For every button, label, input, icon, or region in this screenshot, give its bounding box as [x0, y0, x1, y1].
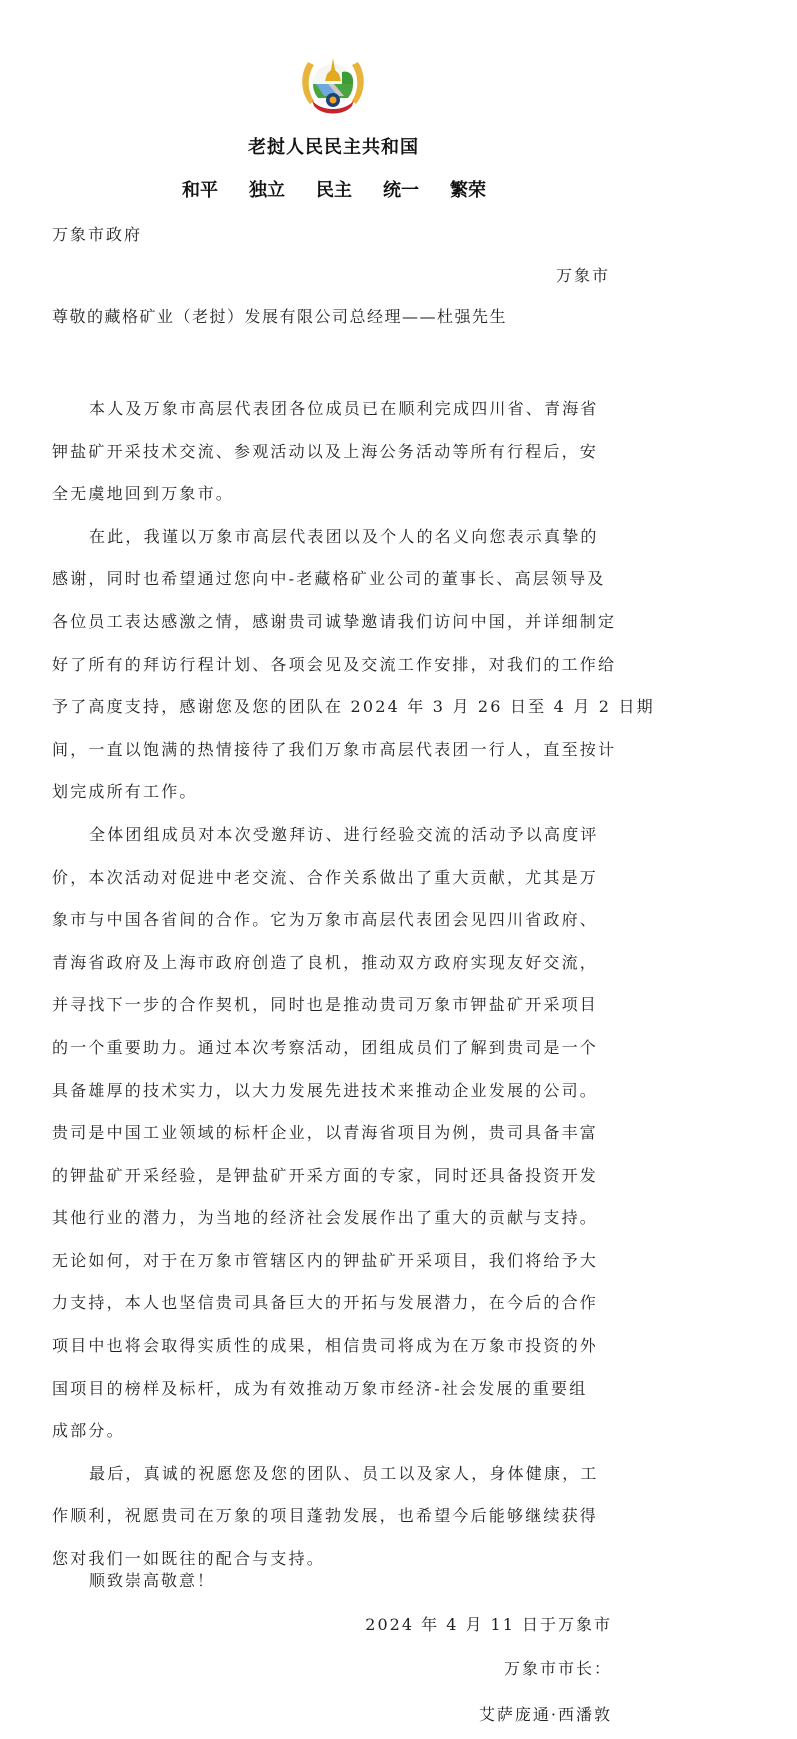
body-line: 各位员工表达感激之情，感谢贵司诚挚邀请我们访问中国，并详细制定	[52, 601, 622, 644]
body-line: 全体团组成员对本次受邀拜访、进行经验交流的活动予以高度评	[52, 814, 622, 857]
sender-location: 万象市	[556, 263, 610, 286]
body-line: 力支持，本人也坚信贵司具备巨大的开拓与发展潜力，在今后的合作	[52, 1282, 622, 1325]
body-line: 钾盐矿开采技术交流、参观活动以及上海公务活动等所有行程后，安	[52, 431, 622, 474]
body-line: 好了所有的拜访行程计划、各项会见及交流工作安排，对我们的工作给	[52, 644, 622, 687]
sender-organization: 万象市政府	[52, 222, 142, 245]
signatory-title: 万象市市长：	[504, 1656, 612, 1679]
motto-word-independence: 独立	[249, 176, 316, 202]
body-line: 间，一直以饱满的热情接待了我们万象市高层代表团一行人，直至按计	[52, 729, 622, 772]
signatory-name: 艾萨庞通·西潘敦	[479, 1702, 612, 1725]
body-line: 价，本次活动对促进中老交流、合作关系做出了重大贡献，尤其是万	[52, 857, 622, 900]
body-line: 全无虞地回到万象市。	[52, 473, 622, 516]
national-motto: 和平 独立 民主 统一 繁荣	[182, 176, 517, 202]
country-name: 老挝人民民主共和国	[0, 133, 667, 159]
body-line: 成部分。	[52, 1410, 622, 1453]
motto-word-democracy: 民主	[316, 176, 383, 202]
body-line: 予了高度支持，感谢您及您的团队在 2024 年 3 月 26 日至 4 月 2 …	[52, 686, 622, 729]
motto-word-prosperity: 繁荣	[450, 176, 517, 202]
closing-remark: 顺致崇高敬意！	[89, 1568, 215, 1591]
motto-word-unity: 统一	[383, 176, 450, 202]
body-line: 划完成所有工作。	[52, 771, 622, 814]
body-line: 最后，真诚的祝愿您及您的团队、员工以及家人，身体健康，工	[52, 1453, 622, 1496]
letter-body: 本人及万象市高层代表团各位成员已在顺利完成四川省、青海省钾盐矿开采技术交流、参观…	[52, 388, 622, 1581]
signature-date-place: 2024 年 4 月 11 日于万象市	[365, 1612, 612, 1635]
body-line: 象市与中国各省间的合作。它为万象市高层代表团会见四川省政府、	[52, 899, 622, 942]
body-line: 在此，我谨以万象市高层代表团以及个人的名义向您表示真挚的	[52, 516, 622, 559]
salutation: 尊敬的藏格矿业（老挝）发展有限公司总经理——杜强先生	[52, 304, 507, 327]
body-line: 并寻找下一步的合作契机，同时也是推动贵司万象市钾盐矿开采项目	[52, 984, 622, 1027]
body-line: 项目中也将会取得实质性的成果，相信贵司将成为在万象市投资的外	[52, 1325, 622, 1368]
body-line: 国项目的榜样及标杆，成为有效推动万象市经济-社会发展的重要组	[52, 1368, 622, 1411]
body-line: 其他行业的潜力，为当地的经济社会发展作出了重大的贡献与支持。	[52, 1197, 622, 1240]
body-line: 的钾盐矿开采经验，是钾盐矿开采方面的专家，同时还具备投资开发	[52, 1155, 622, 1198]
body-line: 无论如何，对于在万象市管辖区内的钾盐矿开采项目，我们将给予大	[52, 1240, 622, 1283]
body-line: 感谢，同时也希望通过您向中-老藏格矿业公司的董事长、高层领导及	[52, 558, 622, 601]
body-line: 本人及万象市高层代表团各位成员已在顺利完成四川省、青海省	[52, 388, 622, 431]
lao-national-emblem-icon	[298, 48, 368, 118]
motto-word-peace: 和平	[182, 176, 249, 202]
body-line: 具备雄厚的技术实力，以大力发展先进技术来推动企业发展的公司。	[52, 1070, 622, 1113]
body-line: 青海省政府及上海市政府创造了良机，推动双方政府实现友好交流，	[52, 942, 622, 985]
body-line: 贵司是中国工业领域的标杆企业，以青海省项目为例，贵司具备丰富	[52, 1112, 622, 1155]
body-line: 作顺利，祝愿贵司在万象的项目蓬勃发展，也希望今后能够继续获得	[52, 1495, 622, 1538]
body-line: 的一个重要助力。通过本次考察活动，团组成员们了解到贵司是一个	[52, 1027, 622, 1070]
